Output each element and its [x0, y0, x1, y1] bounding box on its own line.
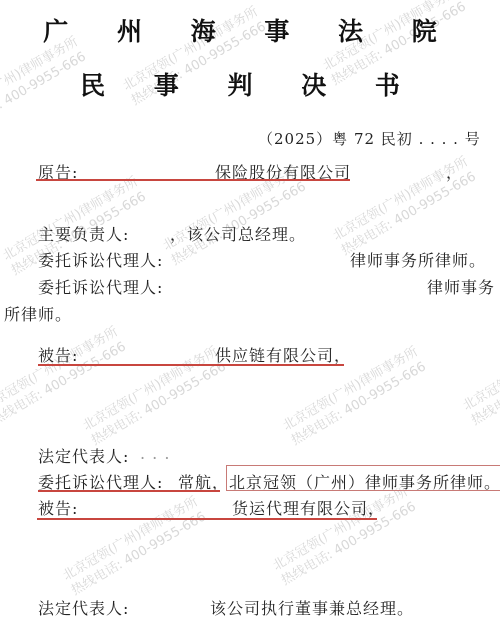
defendant2-underline	[37, 518, 377, 520]
case-number: （2025）粤 72 民初 . . . . 号	[258, 128, 481, 149]
defendant1-rep-label: 法定代表人:	[38, 444, 129, 467]
defendant2-rep-text: 该公司执行董事兼总经理。	[210, 596, 414, 619]
defendant2-label: 被告:	[38, 496, 78, 519]
plaintiff-comma: ，	[446, 160, 463, 183]
plaintiff-underline	[36, 179, 350, 181]
defendant2-name: 货运代理有限公司，	[232, 496, 385, 519]
court-name: 广 州 海 事 法 院	[0, 12, 500, 48]
agent1-label: 委托诉讼代理人:	[38, 248, 163, 271]
defendant1-agent-underline	[38, 490, 220, 492]
defendant1-agent-firm: 北京冠领（广州）律师事务所律师。	[229, 470, 500, 493]
agent1-text: 律师事务所律师。	[350, 248, 486, 271]
agent2-continuation: 所律师。	[4, 302, 72, 325]
agent2-label: 委托诉讼代理人:	[38, 275, 163, 298]
defendant1-name: 供应链有限公司，	[215, 343, 351, 366]
principal-text: ，该公司总经理。	[170, 222, 306, 245]
defendant1-rep-text: . . .	[140, 444, 170, 463]
defendant1-underline	[38, 364, 344, 366]
defendant1-label: 被告:	[38, 343, 78, 366]
document-type: 民 事 判 决 书	[0, 66, 500, 102]
agent2-text: 律师事务	[427, 275, 495, 298]
principal-label: 主要负责人:	[38, 222, 129, 245]
defendant2-rep-label: 法定代表人:	[38, 596, 129, 619]
judgment-document: 广 州 海 事 法 院 民 事 判 决 书 （2025）粤 72 民初 . . …	[0, 0, 500, 622]
